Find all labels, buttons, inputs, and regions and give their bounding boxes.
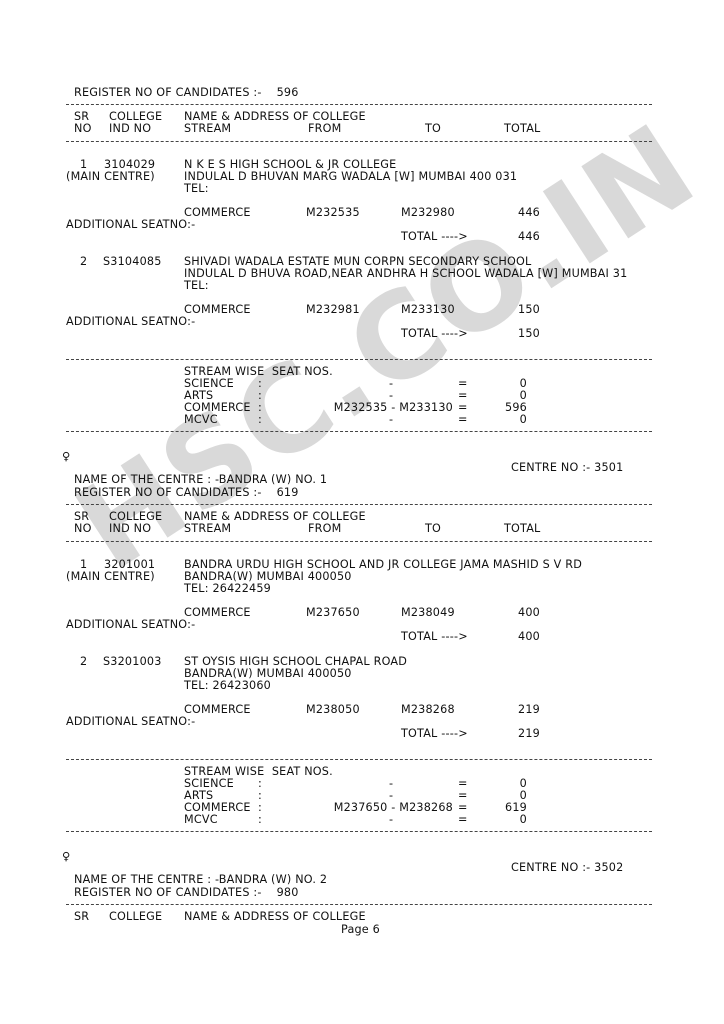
seat-count: 400: [500, 607, 540, 619]
dashed-separator: [66, 431, 652, 432]
additional-seatno-label: ADDITIONAL SEATNO:-: [66, 219, 195, 231]
dashed-separator: [66, 104, 652, 105]
college-total: 219: [500, 728, 540, 740]
college-total: 400: [500, 631, 540, 643]
seat-from: M232535: [306, 207, 360, 219]
col-header-stream: STREAM: [184, 523, 231, 535]
summary-range: -: [389, 814, 393, 826]
female-symbol-icon: ♀: [62, 451, 70, 463]
seat-from: M232981: [306, 304, 360, 316]
centre-no: CENTRE NO :- 3501: [511, 462, 623, 474]
report-content: REGISTER NO OF CANDIDATES :- 596SRCOLLEG…: [0, 0, 724, 1024]
col-header-stream: STREAM: [184, 123, 231, 135]
total-label: TOTAL ---->: [401, 328, 468, 340]
summary-count: 0: [490, 814, 527, 826]
seat-to: M232980: [401, 207, 455, 219]
college-address: INDULAL D BHUVA ROAD,NEAR ANDHRA H SCHOO…: [184, 268, 627, 280]
col-header-college: COLLEGE: [109, 911, 162, 923]
dashed-separator: [66, 141, 652, 142]
college-ind-no: S3201003: [103, 656, 162, 668]
seat-count: 150: [500, 304, 540, 316]
summary-range: -: [389, 414, 393, 426]
col-header-to: TO: [425, 123, 441, 135]
college-tel: TEL: 26423060: [184, 680, 271, 692]
college-ind-no: S3104085: [103, 256, 162, 268]
seat-to: M238049: [401, 607, 455, 619]
college-tel: TEL:: [184, 280, 209, 292]
seat-to: M238268: [401, 704, 455, 716]
summary-colon: :: [258, 414, 262, 426]
centre-name: NAME OF THE CENTRE : -BANDRA (W) NO. 2: [74, 874, 327, 886]
summary-count: 0: [490, 414, 527, 426]
col-header-total: TOTAL: [504, 123, 541, 135]
col-header-total: TOTAL: [504, 523, 541, 535]
register-count-line: REGISTER NO OF CANDIDATES :- 596: [74, 87, 299, 99]
summary-equals: =: [458, 414, 468, 426]
college-tel: TEL: 26422459: [184, 583, 271, 595]
col-header-from: FROM: [308, 523, 341, 535]
college-sr-no: 2: [80, 656, 87, 668]
total-label: TOTAL ---->: [401, 631, 468, 643]
summary-range: M237650 - M238268: [250, 802, 453, 814]
additional-seatno-label: ADDITIONAL SEATNO:-: [66, 716, 195, 728]
dashed-separator: [66, 759, 652, 760]
page-number: Page 6: [341, 924, 380, 936]
summary-stream-mcvc: MCVC: [184, 414, 218, 426]
summary-stream-mcvc: MCVC: [184, 814, 218, 826]
col-header-to: TO: [425, 523, 441, 535]
dashed-separator: [66, 504, 652, 505]
centre-no: CENTRE NO :- 3502: [511, 862, 623, 874]
additional-seatno-label: ADDITIONAL SEATNO:-: [66, 619, 195, 631]
col-header-name-address: NAME & ADDRESS OF COLLEGE: [184, 911, 366, 923]
summary-colon: :: [258, 814, 262, 826]
col-header-sr: SR: [74, 911, 89, 923]
seat-count: 446: [500, 207, 540, 219]
register-count-line: REGISTER NO OF CANDIDATES :- 619: [74, 487, 299, 499]
col-header-from: FROM: [308, 123, 341, 135]
col-header-no: NO: [74, 123, 92, 135]
seat-count: 219: [500, 704, 540, 716]
main-centre-label: (MAIN CENTRE): [66, 571, 155, 583]
female-symbol-icon: ♀: [62, 851, 70, 863]
total-label: TOTAL ---->: [401, 231, 468, 243]
dashed-separator: [66, 359, 652, 360]
seat-from: M237650: [306, 607, 360, 619]
centre-name: NAME OF THE CENTRE : -BANDRA (W) NO. 1: [74, 474, 327, 486]
document-page: HSC.CO.IN REGISTER NO OF CANDIDATES :- 5…: [0, 0, 724, 1024]
col-header-ind-no: IND NO: [109, 123, 151, 135]
college-total: 446: [500, 231, 540, 243]
college-address: INDULAL D BHUVAN MARG WADALA [W] MUMBAI …: [184, 171, 517, 183]
col-header-ind-no: IND NO: [109, 523, 151, 535]
college-total: 150: [500, 328, 540, 340]
college-tel: TEL:: [184, 183, 209, 195]
dashed-separator: [66, 831, 652, 832]
summary-equals: =: [458, 814, 468, 826]
college-sr-no: 2: [80, 256, 87, 268]
seat-from: M238050: [306, 704, 360, 716]
total-label: TOTAL ---->: [401, 728, 468, 740]
dashed-separator: [66, 541, 652, 542]
additional-seatno-label: ADDITIONAL SEATNO:-: [66, 316, 195, 328]
seat-to: M233130: [401, 304, 455, 316]
register-count-line: REGISTER NO OF CANDIDATES :- 980: [74, 887, 299, 899]
summary-range: M232535 - M233130: [250, 402, 453, 414]
dashed-separator: [66, 904, 652, 905]
col-header-no: NO: [74, 523, 92, 535]
main-centre-label: (MAIN CENTRE): [66, 171, 155, 183]
